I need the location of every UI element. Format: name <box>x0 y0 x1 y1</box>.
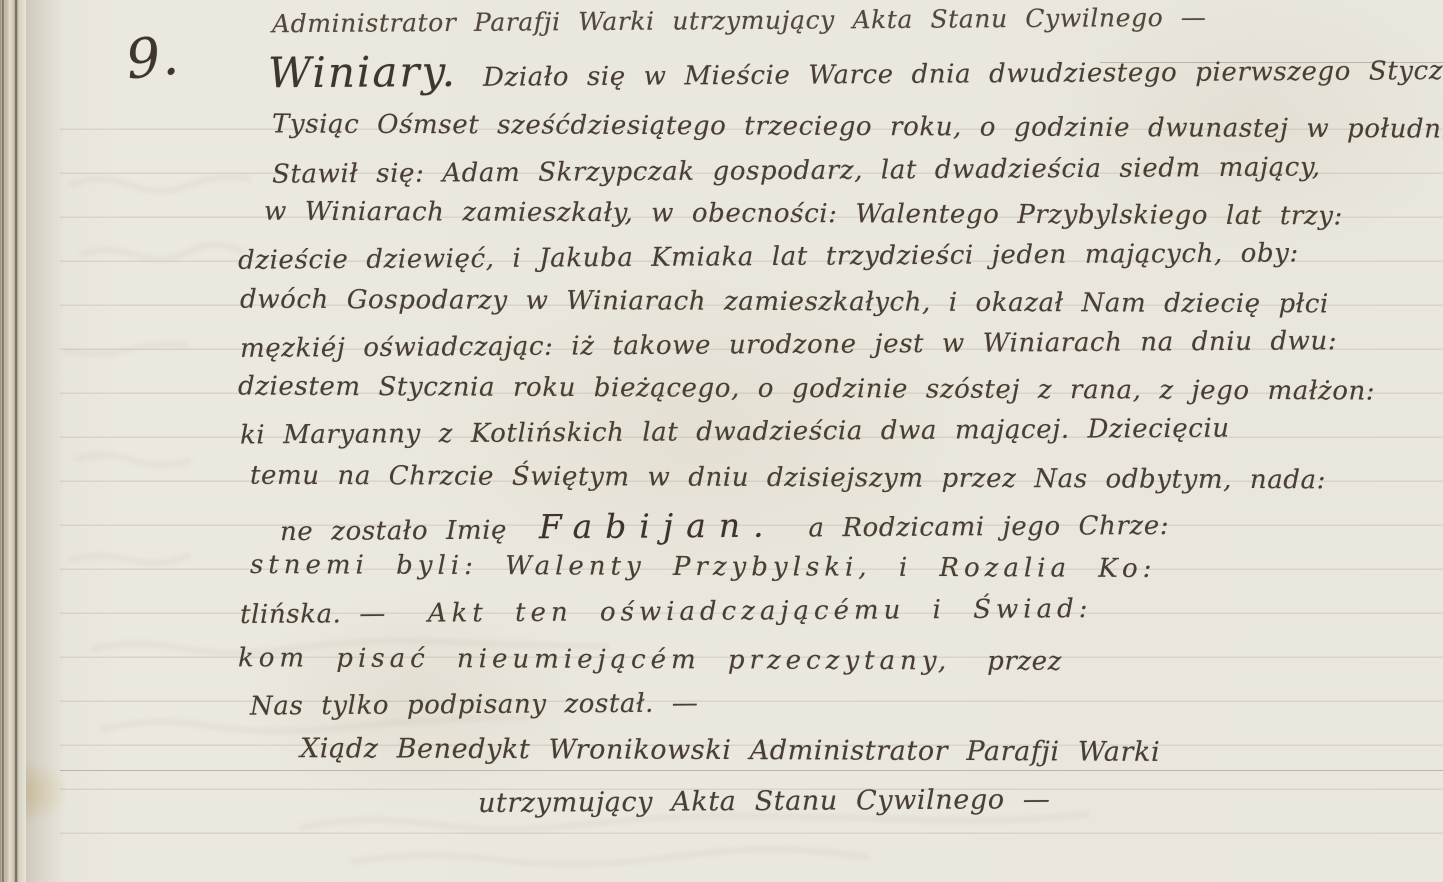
record-text-line: Stawił się: Adam Skrzypczak gospodarz, l… <box>272 152 1321 189</box>
record-text-line: Tysiąc Ośmset sześćdziesiątego trzeciego… <box>272 109 1443 144</box>
record-first-line: Winiary. Działo się w Mieście Warce dnia… <box>268 40 1443 97</box>
record-name-line: ne zostało Imię Fabijan. a Rodzicami jeg… <box>280 503 1169 548</box>
page-edge-line <box>2 0 4 882</box>
book-binding-edge <box>0 0 26 882</box>
register-page-scan: 9. Administrator Parafji Warki utrzymują… <box>0 0 1443 882</box>
name-line-suffix: a Rodzicami jego Chrze: <box>808 511 1169 544</box>
record-text-line: dzieście dziewięć, i Jakuba Kmiaka lat t… <box>238 238 1299 275</box>
record-text-line: dziestem Stycznia roku bieżącego, o godz… <box>238 372 1375 407</box>
line-14-suffix: przez <box>987 646 1062 676</box>
act-number: 9. <box>123 23 182 91</box>
ruled-line-bottom <box>60 770 1443 771</box>
place-heading: Winiary. <box>268 47 457 97</box>
record-text-line: temu na Chrzcie Świętym w dniu dzisiejsz… <box>250 461 1326 496</box>
line-13-spaced: Akt ten oświadczającému i Świad: <box>428 594 1093 629</box>
record-text-line: Nas tylko podpisany został. — <box>250 688 699 721</box>
record-text-line: Działo się w Mieście Warce dnia dwudzies… <box>483 56 1443 93</box>
record-text-line: dwóch Gospodarzy w Winiarach zamieszkały… <box>240 285 1329 320</box>
header-continuation-line: Administrator Parafji Warki utrzymujący … <box>272 3 1207 39</box>
record-text-line: męzkiéj oświadczając: iż takowe urodzone… <box>240 326 1337 364</box>
signature-line: Xiądz Benedykt Wronikowski Administrator… <box>300 733 1160 768</box>
page-crease-line <box>15 0 17 882</box>
binding-shadow <box>26 0 66 882</box>
record-text-line: w Winiarach zamieszkały, w obecności: Wa… <box>264 197 1343 232</box>
name-line-prefix: ne zostało Imię <box>280 516 507 548</box>
child-given-name: Fabijan. <box>539 506 777 547</box>
record-text-line: tlińska. — Akt ten oświadczającému i Świ… <box>240 594 1093 630</box>
record-text-line: ki Maryanny z Kotlińskich lat dwadzieści… <box>240 414 1230 451</box>
record-text-line: stnemi byli: Walenty Przybylski, i Rozal… <box>250 550 1157 584</box>
line-13-prefix: tlińska. — <box>240 599 386 630</box>
record-text-line: kom pisać nieumiejącém przeczytany, prze… <box>238 643 1062 677</box>
line-14-spaced: kom pisać nieumiejącém przeczytany, <box>238 643 951 676</box>
signature-line: utrzymujący Akta Stanu Cywilnego — <box>478 784 1051 819</box>
